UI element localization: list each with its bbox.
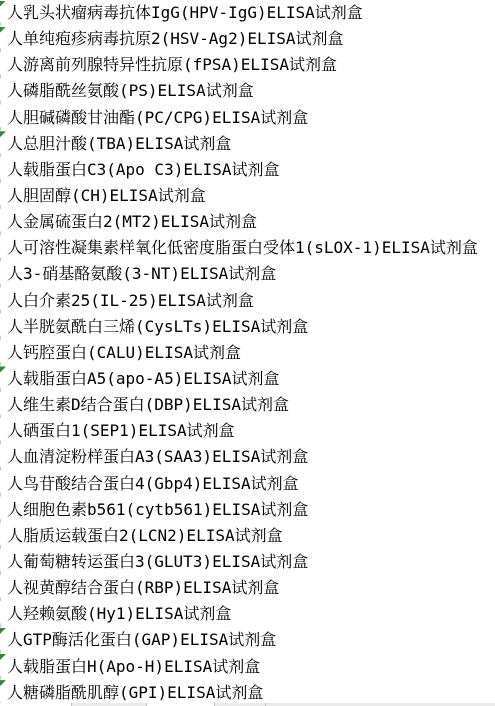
product-name-text: 人鸟苷酸结合蛋白4(Gbp4)ELISA试剂盒	[0, 471, 299, 497]
spreadsheet-cell-row[interactable]: 人鸟苷酸结合蛋白4(Gbp4)ELISA试剂盒	[0, 471, 495, 497]
product-name-text: 人游离前列腺特异性抗原(fPSA)ELISA试剂盒	[0, 52, 337, 78]
product-name-text: 人胆碱磷酸甘油酯(PC/CPG)ELISA试剂盒	[0, 105, 308, 131]
spreadsheet-cell-row[interactable]: 人胆碱磷酸甘油酯(PC/CPG)ELISA试剂盒	[0, 105, 495, 131]
product-list: 人乳头状瘤病毒抗体IgG(HPV-IgG)ELISA试剂盒 人单纯疱疹病毒抗原2…	[0, 0, 495, 706]
product-name-text: 人脂质运载蛋白2(LCN2)ELISA试剂盒	[0, 523, 283, 549]
spreadsheet-cell-row[interactable]: 人磷脂酰丝氨酸(PS)ELISA试剂盒	[0, 78, 495, 104]
spreadsheet-cell-row[interactable]: 人葡萄糖转运蛋白3(GLUT3)ELISA试剂盒	[0, 549, 495, 575]
product-name-text: 人葡萄糖转运蛋白3(GLUT3)ELISA试剂盒	[0, 549, 308, 575]
spreadsheet-cell-row[interactable]: 人单纯疱疹病毒抗原2(HSV-Ag2)ELISA试剂盒	[0, 26, 495, 52]
spreadsheet-cell-row[interactable]: 人糖磷脂酰肌醇(GPI)ELISA试剂盒	[0, 680, 495, 706]
spreadsheet-cell-row[interactable]: 人半胱氨酰白三烯(CysLTs)ELISA试剂盒	[0, 314, 495, 340]
spreadsheet-cell-row[interactable]: 人总胆汁酸(TBA)ELISA试剂盒	[0, 131, 495, 157]
spreadsheet-cell-row[interactable]: 人载脂蛋白H(Apo-H)ELISA试剂盒	[0, 654, 495, 680]
spreadsheet-cell-row[interactable]: 人3-硝基酪氨酸(3-NT)ELISA试剂盒	[0, 261, 495, 287]
spreadsheet-cell-row[interactable]: 人钙腔蛋白(CALU)ELISA试剂盒	[0, 340, 495, 366]
spreadsheet-cell-row[interactable]: 人细胞色素b561(cytb561)ELISA试剂盒	[0, 497, 495, 523]
product-name-text: 人半胱氨酰白三烯(CysLTs)ELISA试剂盒	[0, 314, 308, 340]
spreadsheet-cell-row[interactable]: 人金属硫蛋白2(MT2)ELISA试剂盒	[0, 209, 495, 235]
spreadsheet-cell-row[interactable]: 人游离前列腺特异性抗原(fPSA)ELISA试剂盒	[0, 52, 495, 78]
spreadsheet-view: 人乳头状瘤病毒抗体IgG(HPV-IgG)ELISA试剂盒 人单纯疱疹病毒抗原2…	[0, 0, 495, 706]
product-name-text: 人羟赖氨酸(Hy1)ELISA试剂盒	[0, 601, 231, 627]
spreadsheet-cell-row[interactable]: 人血清淀粉样蛋白A3(SAA3)ELISA试剂盒	[0, 444, 495, 470]
spreadsheet-cell-row[interactable]: 人GTP酶活化蛋白(GAP)ELISA试剂盒	[0, 627, 495, 653]
spreadsheet-cell-row[interactable]: 人脂质运载蛋白2(LCN2)ELISA试剂盒	[0, 523, 495, 549]
product-name-text: 人磷脂酰丝氨酸(PS)ELISA试剂盒	[0, 78, 254, 104]
product-name-text: 人血清淀粉样蛋白A3(SAA3)ELISA试剂盒	[0, 444, 308, 470]
spreadsheet-cell-row[interactable]: 人载脂蛋白C3(Apo C3)ELISA试剂盒	[0, 157, 495, 183]
spreadsheet-cell-row[interactable]: 人胆固醇(CH)ELISA试剂盒	[0, 183, 495, 209]
product-name-text: 人糖磷脂酰肌醇(GPI)ELISA试剂盒	[0, 680, 263, 706]
spreadsheet-cell-row[interactable]: 人白介素25(IL-25)ELISA试剂盒	[0, 288, 495, 314]
product-name-text: 人3-硝基酪氨酸(3-NT)ELISA试剂盒	[0, 261, 276, 287]
spreadsheet-cell-row[interactable]: 人视黄醇结合蛋白(RBP)ELISA试剂盒	[0, 575, 495, 601]
spreadsheet-cell-row[interactable]: 人羟赖氨酸(Hy1)ELISA试剂盒	[0, 601, 495, 627]
product-name-text: 人载脂蛋白C3(Apo C3)ELISA试剂盒	[0, 157, 280, 183]
product-name-text: 人白介素25(IL-25)ELISA试剂盒	[0, 288, 254, 314]
spreadsheet-cell-row[interactable]: 人载脂蛋白A5(apo-A5)ELISA试剂盒	[0, 366, 495, 392]
product-name-text: 人胆固醇(CH)ELISA试剂盒	[0, 183, 206, 209]
spreadsheet-cell-row[interactable]: 人维生素D结合蛋白(DBP)ELISA试剂盒	[0, 392, 495, 418]
product-name-text: 人硒蛋白1(SEP1)ELISA试剂盒	[0, 418, 235, 444]
product-name-text: 人维生素D结合蛋白(DBP)ELISA试剂盒	[0, 392, 289, 418]
product-name-text: 人金属硫蛋白2(MT2)ELISA试剂盒	[0, 209, 257, 235]
product-name-text: 人钙腔蛋白(CALU)ELISA试剂盒	[0, 340, 241, 366]
product-name-text: 人单纯疱疹病毒抗原2(HSV-Ag2)ELISA试剂盒	[0, 26, 344, 52]
spreadsheet-cell-row[interactable]: 人硒蛋白1(SEP1)ELISA试剂盒	[0, 418, 495, 444]
product-name-text: 人载脂蛋白A5(apo-A5)ELISA试剂盒	[0, 366, 280, 392]
product-name-text: 人载脂蛋白H(Apo-H)ELISA试剂盒	[0, 654, 260, 680]
product-name-text: 人可溶性凝集素样氧化低密度脂蛋白受体1(sLOX-1)ELISA试剂盒	[0, 235, 478, 261]
product-name-text: 人乳头状瘤病毒抗体IgG(HPV-IgG)ELISA试剂盒	[0, 0, 363, 26]
spreadsheet-cell-row[interactable]: 人乳头状瘤病毒抗体IgG(HPV-IgG)ELISA试剂盒	[0, 0, 495, 26]
product-name-text: 人总胆汁酸(TBA)ELISA试剂盒	[0, 131, 231, 157]
product-name-text: 人GTP酶活化蛋白(GAP)ELISA试剂盒	[0, 627, 276, 653]
product-name-text: 人视黄醇结合蛋白(RBP)ELISA试剂盒	[0, 575, 279, 601]
product-name-text: 人细胞色素b561(cytb561)ELISA试剂盒	[0, 497, 308, 523]
spreadsheet-cell-row[interactable]: 人可溶性凝集素样氧化低密度脂蛋白受体1(sLOX-1)ELISA试剂盒	[0, 235, 495, 261]
